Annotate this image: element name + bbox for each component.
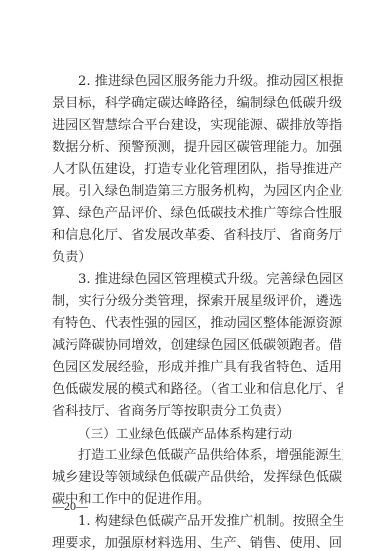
section-heading: （三）工业绿色低碳产品体系构建行动 (78, 424, 343, 444)
text-line: 进园区智慧综合平台建设，实现能源、碳排放等指标实时监控、 (52, 116, 343, 136)
paragraph-1-heading-line: 1. 构建绿色低碳产品开发推广机制。按照全生命周期绿色管 (78, 512, 343, 532)
text-line: 数据分析、预警预测，提升园区碳管理能力。加强园区绿色低碳 (52, 138, 343, 158)
text-line: 制，实行分级分类管理，探索开展星级评价，遴选一批基础好、 (52, 292, 343, 312)
document-page: 2. 推进绿色园区服务能力升级。推动园区根据发展规划和远 景目标，科学确定碳达峰… (0, 0, 390, 551)
text-line: 色园区发展经验，形成并推广具有我省特色、适用于我省园区绿 (52, 358, 343, 378)
text-line: 景目标，科学确定碳达峰路径，编制绿色低碳升级实施方案。推 (52, 94, 343, 114)
text-line: 和信息化厅、省发展改革委、省科技厅、省商务厅等按职责分工 (52, 226, 343, 246)
text-line: 有特色、代表性强的园区，推动园区整体能源资源节约高效利用、 (52, 314, 343, 334)
text-line: 城乡建设等领域绿色低碳产品供给，发挥绿色低碳产品在碳达峰 (52, 468, 343, 488)
text-line: 展。引入绿色制造第三方服务机构，为园区内企业提供碳排放核 (52, 182, 343, 202)
page-number: —20— (52, 498, 88, 514)
paragraph-2-heading-line: 2. 推进绿色园区服务能力升级。推动园区根据发展规划和远 (78, 72, 343, 92)
text-line: 省科技厅、省商务厅等按职责分工负责） (52, 402, 343, 422)
text-line: 负责） (52, 248, 343, 268)
text-line: 减污降碳协同增效，创建绿色园区低碳领跑者。借鉴国内先进绿 (52, 336, 343, 356)
text-line: 人才队伍建设，打造专业化管理团队，指导推进产业绿色低碳发 (52, 160, 343, 180)
text-line: 打造工业绿色低碳产品供给体系，增强能源生产、交通运输、 (78, 446, 343, 466)
text-line: 理要求，加强原材料选用、生产、销售、使用、回收、处理等各 (52, 534, 343, 551)
text-line: 算、绿色产品评价、绿色低碳技术推广等综合性服务。（省工业 (52, 204, 343, 224)
text-line: 色低碳发展的模式和路径。（省工业和信息化厅、省发展改革委、 (52, 380, 343, 400)
paragraph-3-heading-line: 3. 推进绿色园区管理模式升级。完善绿色园区动态管理机 (78, 270, 343, 290)
text-line: 碳中和工作中的促进作用。 (52, 490, 343, 510)
